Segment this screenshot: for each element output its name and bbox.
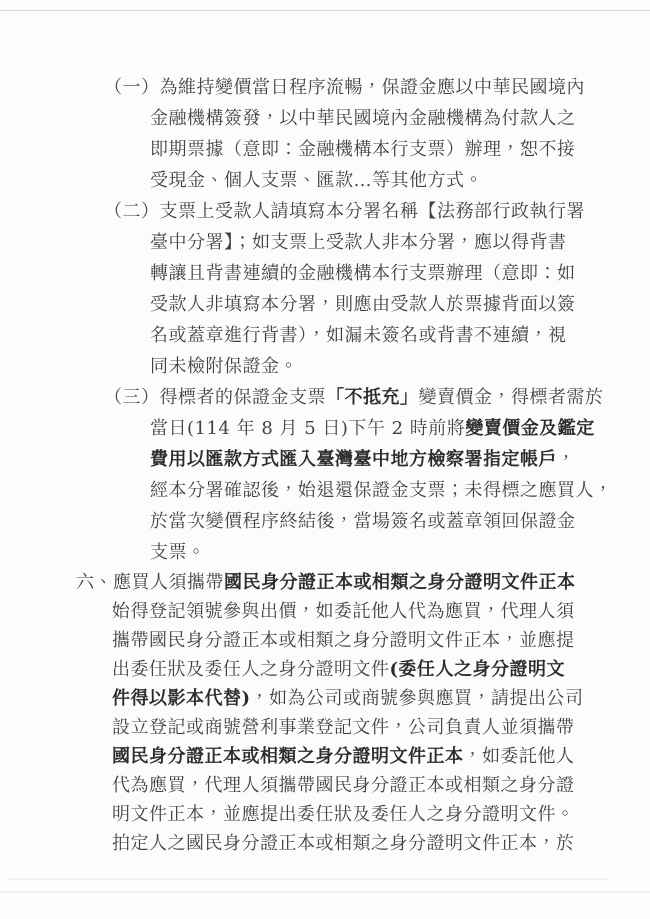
body-text: 六、應買人須攜帶 [76,572,224,593]
body-text: 變賣價金，得標者需於 [419,387,604,408]
document-body: （一）為維持變價當日程序流暢，保證金應以中華民國境內金融機構簽發，以中華民國境內… [0,72,650,858]
body-text: 金融機構簽發，以中華民國境內金融機構為付款人之 [150,108,576,129]
body-text: 支票。 [150,542,206,563]
emphasized-text: 費用以匯款方式匯入臺灣臺中地方檢察署指定帳戶 [150,449,557,470]
emphasized-text: 件得以影本代替) [112,688,251,709]
body-text: ，如為公司或商號參與應買，請提出公司 [251,688,584,709]
body-text: ， [557,449,576,470]
scan-artifact-streak [8,878,608,880]
emphasized-text: 國民身分證正本或相類之身分證明文件正本 [224,572,576,593]
text-line: （三）得標者的保證金支票「不抵充」變賣價金，得標者需於 [0,382,650,413]
body-text: 代為應買，代理人須攜帶國民身分證正本或相類之身分證 [112,775,575,796]
body-text: （一）為維持變價當日程序流暢，保證金應以中華民國境內 [104,77,585,98]
text-line: 支票。 [0,537,650,568]
scanned-document-page: （一）為維持變價當日程序流暢，保證金應以中華民國境內金融機構簽發，以中華民國境內… [0,0,650,919]
text-line: 代為應買，代理人須攜帶國民身分證正本或相類之身分證 [0,771,650,800]
body-text: ，如委託他人 [464,746,575,767]
body-text: 受現金、個人支票、匯款…等其他方式。 [150,170,483,191]
text-line: 名或蓋章進行背書），如漏未簽名或背書不連續，視 [0,320,650,351]
text-line: 受款人非填寫本分署，則應由受款人於票據背面以簽 [0,289,650,320]
text-line: 臺中分署】；如支票上受款人非本分署，應以得背書 [0,227,650,258]
section-item-3: （三）得標者的保證金支票「不抵充」變賣價金，得標者需於當日(114 年 8 月 … [0,382,650,568]
text-line: 同未檢附保證金。 [0,351,650,382]
body-text: （三）得標者的保證金支票 [104,387,326,408]
emphasized-text: 變賣價金及鑑定 [465,418,595,439]
text-line: 六、應買人須攜帶國民身分證正本或相類之身分證明文件正本 [0,568,650,597]
body-text: 轉讓且背書連續的金融機構本行支票辦理（意即：如 [150,263,576,284]
section-item-1: （一）為維持變價當日程序流暢，保證金應以中華民國境內金融機構簽發，以中華民國境內… [0,72,650,196]
body-text: 名或蓋章進行背書），如漏未簽名或背書不連續，視 [150,325,567,346]
emphasized-text: 「不抵充」 [326,387,419,408]
emphasized-text: 國民身分證正本或相類之身分證明文件正本 [112,746,464,767]
section-item-6: 六、應買人須攜帶國民身分證正本或相類之身分證明文件正本始得登記領號參與出價，如委… [0,568,650,858]
section-item-2: （二）支票上受款人請填寫本分署名稱【法務部行政執行署臺中分署】；如支票上受款人非… [0,196,650,382]
text-line: 設立登記或商號營利事業登記文件，公司負責人並須攜帶 [0,713,650,742]
text-line: 於當次變價程序終結後，當場簽名或蓋章領回保證金 [0,506,650,537]
text-line: （一）為維持變價當日程序流暢，保證金應以中華民國境內 [0,72,650,103]
text-line: 始得登記領號參與出價，如委託他人代為應買，代理人須 [0,597,650,626]
body-text: 始得登記領號參與出價，如委託他人代為應買，代理人須 [112,601,575,622]
text-line: （二）支票上受款人請填寫本分署名稱【法務部行政執行署 [0,196,650,227]
text-line: 金融機構簽發，以中華民國境內金融機構為付款人之 [0,103,650,134]
text-line: 費用以匯款方式匯入臺灣臺中地方檢察署指定帳戶， [0,444,650,475]
text-line: 明文件正本，並應提出委任狀及委任人之身分證明文件。 [0,800,650,829]
text-line: 轉讓且背書連續的金融機構本行支票辦理（意即：如 [0,258,650,289]
body-text: 設立登記或商號營利事業登記文件，公司負責人並須攜帶 [112,717,575,738]
body-text: 出委任狀及委任人之身分證明文件 [112,659,390,680]
body-text: 經本分署確認後，始退還保證金支票；未得標之應買人， [150,480,613,501]
text-line: 攜帶國民身分證正本或相類之身分證明文件正本，並應提 [0,626,650,655]
emphasized-text: (委任人之身分證明文 [390,659,566,680]
text-line: 經本分署確認後，始退還保證金支票；未得標之應買人， [0,475,650,506]
body-text: 拍定人之國民身分證正本或相類之身分證明文件正本，於 [112,833,575,854]
body-text: 即期票據（意即：金融機構本行支票）辦理，恕不接 [150,139,576,160]
body-text: 臺中分署】；如支票上受款人非本分署，應以得背書 [150,232,567,253]
body-text: 同未檢附保證金。 [150,356,298,377]
body-text: （二）支票上受款人請填寫本分署名稱【法務部行政執行署 [104,201,585,222]
text-line: 即期票據（意即：金融機構本行支票）辦理，恕不接 [0,134,650,165]
body-text: 於當次變價程序終結後，當場簽名或蓋章領回保證金 [150,511,576,532]
text-line: 件得以影本代替)，如為公司或商號參與應買，請提出公司 [0,684,650,713]
text-line: 國民身分證正本或相類之身分證明文件正本，如委託他人 [0,742,650,771]
body-text: 攜帶國民身分證正本或相類之身分證明文件正本，並應提 [112,630,575,651]
text-line: 當日(114 年 8 月 5 日)下午 2 時前將變賣價金及鑑定 [0,413,650,444]
scan-artifact-top-rule [0,10,650,11]
text-line: 受現金、個人支票、匯款…等其他方式。 [0,165,650,196]
body-text: 明文件正本，並應提出委任狀及委任人之身分證明文件。 [112,804,575,825]
text-line: 出委任狀及委任人之身分證明文件(委任人之身分證明文 [0,655,650,684]
text-line: 拍定人之國民身分證正本或相類之身分證明文件正本，於 [0,829,650,858]
body-text: 受款人非填寫本分署，則應由受款人於票據背面以簽 [150,294,576,315]
scan-artifact-streak [0,891,650,893]
body-text: 當日(114 年 8 月 5 日)下午 2 時前將 [150,418,465,439]
